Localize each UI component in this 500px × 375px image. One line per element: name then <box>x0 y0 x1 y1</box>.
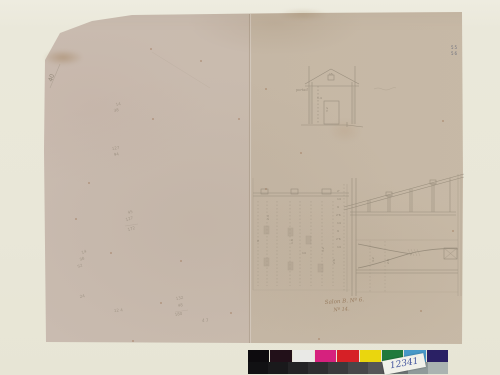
pencil-scribble: 14 <box>115 101 121 107</box>
caption-squiggle <box>374 88 396 90</box>
gray-step <box>248 362 268 374</box>
pencil-scribble: 94 <box>113 151 119 157</box>
patch-red <box>337 350 358 362</box>
color-calibration-bar: 12341 <box>248 350 448 374</box>
patch-white <box>293 350 314 362</box>
gray-step <box>308 362 328 374</box>
dim-label: 2'6 <box>336 237 341 241</box>
pencil-scribble: 38 <box>113 107 119 113</box>
patch-magenta <box>315 350 336 362</box>
dim-label: 4.2 <box>371 257 375 262</box>
dim-label: 2' <box>337 189 340 193</box>
collection-mark-line1: 55 <box>451 45 458 50</box>
sketch-construction-detail <box>253 174 464 296</box>
pencil-scribble: 45 <box>127 209 134 215</box>
inscription-line1: Salon B. Nº 6. <box>325 296 365 306</box>
pencil-sketch-overlay: 15 1.4 3.2 2' 14 9 2'6 14 9 2'6 14 2.4 1… <box>0 0 500 375</box>
gray-step <box>348 362 368 374</box>
dim-label: 3.2 <box>325 107 329 112</box>
pencil-scribble: 48 <box>177 302 183 308</box>
dim-label: 2.6 <box>332 259 336 264</box>
patch-yellow <box>360 350 381 362</box>
pencil-scribble: 132 <box>175 295 184 301</box>
corner-number: 40 <box>47 73 56 83</box>
dim-label: 2.4 <box>266 215 270 220</box>
dim-label: 14 <box>302 251 306 255</box>
pencil-scribble: 180 <box>174 311 183 317</box>
pencil-scribble: 14 <box>81 248 88 255</box>
patch-navy <box>427 350 448 362</box>
dim-label: 9 <box>337 205 339 209</box>
dim-label: 15 <box>329 72 333 76</box>
scratch-line <box>152 52 210 88</box>
patch-black <box>248 350 269 362</box>
patch-purple <box>270 350 291 362</box>
dim-label: 3.2 <box>321 247 325 252</box>
dim-label: 14 <box>337 197 341 201</box>
dim-label: 9 <box>256 240 260 242</box>
dim-label: 9 <box>337 229 339 233</box>
sketch-caption: portail <box>296 88 308 92</box>
pencil-scribble: 12 4 <box>114 307 124 313</box>
gray-step <box>268 362 288 374</box>
dim-label: 2.8 <box>386 259 390 264</box>
pencil-scribble: 172 <box>127 225 136 232</box>
pencil-scribble: 52 <box>77 262 84 269</box>
pencil-scribble: 4 7 <box>202 318 209 323</box>
scan-background: 15 1.4 3.2 2' 14 9 2'6 14 9 2'6 14 2.4 1… <box>0 0 500 375</box>
gray-step <box>288 362 308 374</box>
dim-label: 1.4 <box>317 96 322 100</box>
gray-step <box>428 362 448 374</box>
pencil-scribble: 127 <box>111 145 120 151</box>
collection-mark-line2: 56 <box>451 51 458 56</box>
pencil-scribble: 24 <box>79 293 85 299</box>
gray-step <box>328 362 348 374</box>
inscription-line2: Nº 14. <box>332 306 350 313</box>
dim-label: 2'6 <box>336 213 341 217</box>
dim-label: 14 <box>337 221 341 225</box>
pencil-scribble: 38 <box>79 255 86 262</box>
dim-label: 1.8 <box>290 239 294 244</box>
pencil-scribble: 127 <box>125 215 134 222</box>
dim-label: 14 <box>337 245 341 249</box>
